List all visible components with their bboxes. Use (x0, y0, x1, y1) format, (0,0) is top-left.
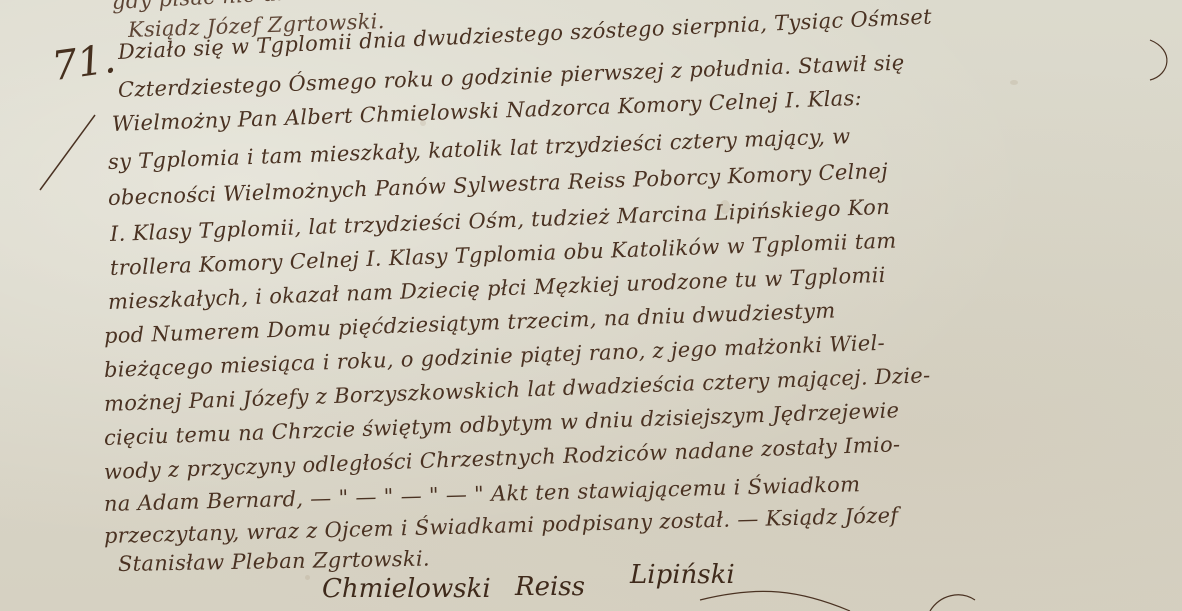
signature-chmielowski: Chmielowski (322, 574, 491, 604)
paper-spot (1010, 80, 1018, 85)
document-page: gdy pisać nie umie Ksiądz Józef Zgrtowsk… (0, 0, 1182, 611)
signature-lipinski: Lipiński (630, 560, 735, 590)
signature-reiss: Reiss (515, 572, 585, 602)
body-line-16: Stanisław Pleban Zgrtowski. (118, 547, 430, 576)
paper-spot (305, 575, 310, 580)
act-number: 71. (49, 36, 118, 90)
